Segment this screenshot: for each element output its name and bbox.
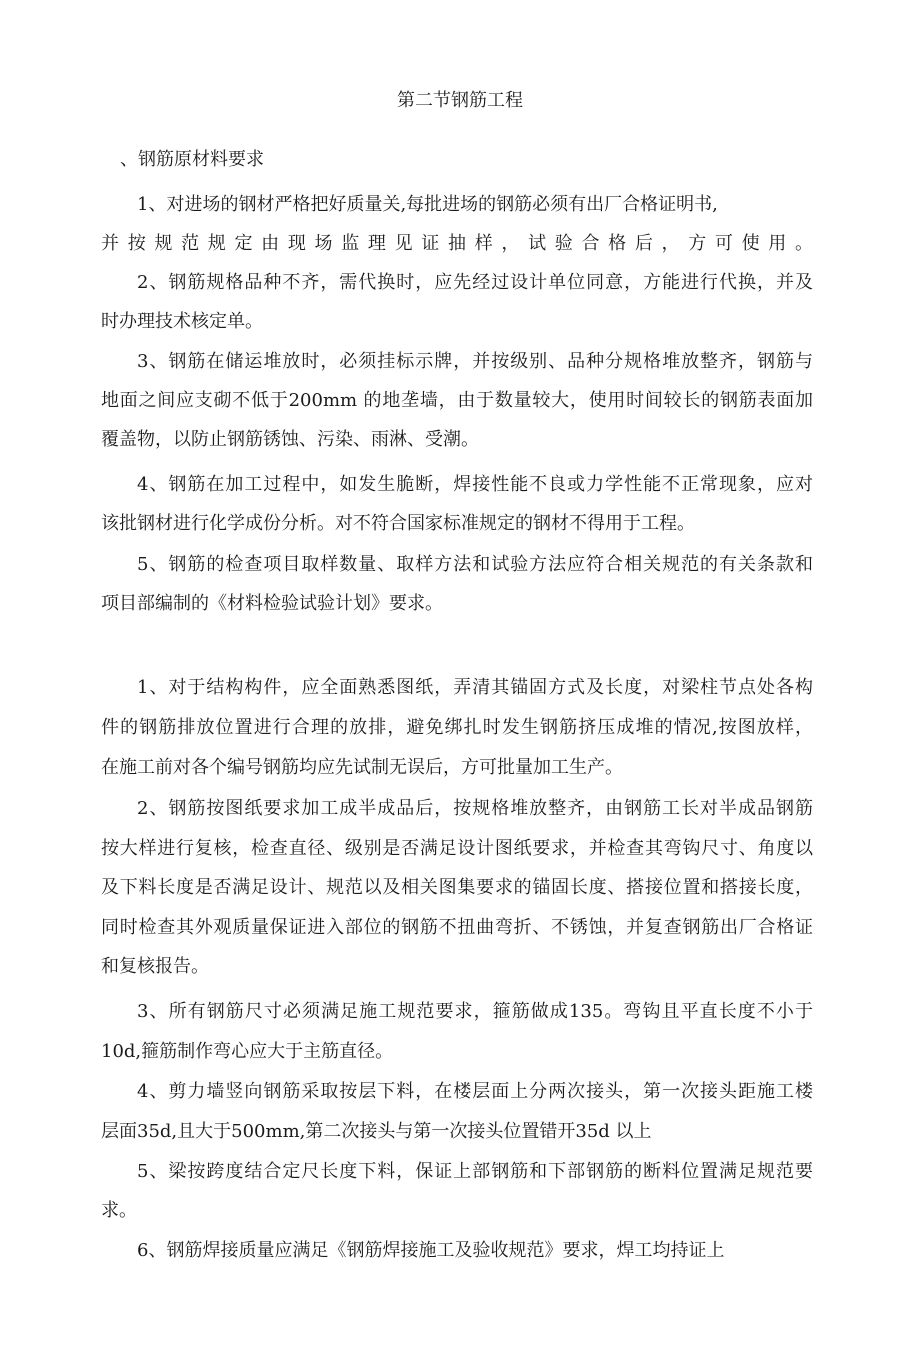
paragraph-line: 层面35d,且大于500mm,第二次接头与第一次接头位置错开35d 以上 [101, 1120, 813, 1144]
paragraph-line: 地面之间应支砌不低于200mm 的地垄墙，由于数量较大，使用时间较长的钢筋表面加 [101, 389, 813, 413]
paragraph-line: 该批钢材进行化学成份分析。对不符合国家标准规定的钢材不得用于工程。 [101, 512, 813, 536]
section-heading: 、钢筋原材料要求 [120, 148, 832, 172]
paragraph-line: 6、钢筋焊接质量应满足《钢筋焊接施工及验收规范》要求，焊工均持证上 [137, 1239, 813, 1263]
paragraph-line: 1、对于结构构件，应全面熟悉图纸，弄清其锚固方式及长度，对梁柱节点处各构 [137, 676, 813, 700]
paragraph-line: 同时检查其外观质量保证进入部位的钢筋不扭曲弯折、不锈蚀，并复查钢筋出厂合格证 [101, 916, 813, 940]
paragraph-line: 2、钢筋按图纸要求加工成半成品后，按规格堆放整齐，由钢筋工长对半成品钢筋 [137, 797, 813, 821]
paragraph-line: 2、钢筋规格品种不齐，需代换时，应先经过设计单位同意，方能进行代换，并及 [137, 271, 813, 295]
paragraph-line: 覆盖物，以防止钢筋锈蚀、污染、雨淋、受潮。 [101, 428, 813, 452]
paragraph-line: 10d,箍筋制作弯心应大于主筋直径。 [101, 1040, 813, 1064]
paragraph-line: 和复核报告。 [101, 955, 813, 979]
paragraph-line: 3、所有钢筋尺寸必须满足施工规范要求，箍筋做成135。弯钩且平直长度不小于 [137, 1000, 813, 1024]
paragraph-line: 求。 [101, 1199, 813, 1223]
paragraph-line: 项目部编制的《材料检验试验计划》要求。 [101, 592, 813, 616]
paragraph-line: 并按规范规定由现场监理见证抽样，试验合格后，方可使用。 [101, 232, 813, 256]
page-title: 第二节钢筋工程 [0, 86, 920, 112]
paragraph-line: 4、剪力墙竖向钢筋采取按层下料，在楼层面上分两次接头，第一次接头距施工楼 [137, 1080, 813, 1104]
paragraph-line: 3、钢筋在储运堆放时，必须挂标示牌，并按级别、品种分规格堆放整齐，钢筋与 [137, 350, 813, 374]
paragraph-line: 5、梁按跨度结合定尺长度下料，保证上部钢筋和下部钢筋的断料位置满足规范要 [137, 1160, 813, 1184]
document-page: 第二节钢筋工程 、钢筋原材料要求 1、对进场的钢材严格把好质量关,每批进场的钢筋… [0, 0, 920, 1361]
paragraph-line: 在施工前对各个编号钢筋均应先试制无误后，方可批量加工生产。 [101, 756, 813, 780]
paragraph-line: 件的钢筋排放位置进行合理的放排，避免绑扎时发生钢筋挤压成堆的情况,按图放样， [101, 716, 813, 740]
paragraph-line: 按大样进行复核，检查直径、级别是否满足设计图纸要求，并检查其弯钩尺寸、角度以 [101, 837, 813, 861]
paragraph-line: 5、钢筋的检查项目取样数量、取样方法和试验方法应符合相关规范的有关条款和 [137, 553, 813, 577]
paragraph-line: 4、钢筋在加工过程中，如发生脆断，焊接性能不良或力学性能不正常现象，应对 [137, 473, 813, 497]
paragraph-line: 及下料长度是否满足设计、规范以及相关图集要求的锚固长度、搭接位置和搭接长度， [101, 876, 813, 900]
paragraph-line: 1、对进场的钢材严格把好质量关,每批进场的钢筋必须有出厂合格证明书, [137, 193, 813, 217]
paragraph-line: 时办理技术核定单。 [101, 310, 813, 334]
